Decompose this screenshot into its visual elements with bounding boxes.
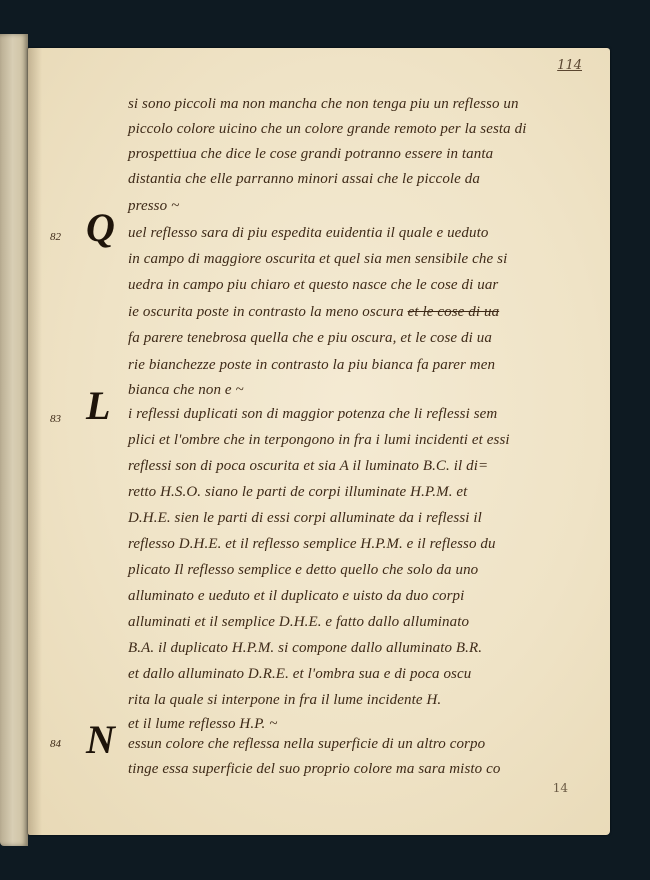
stamped-page-number: 14 [553, 781, 568, 795]
text-line: rita la quale si interpone in fra il lum… [128, 692, 441, 709]
decorated-initial: N [86, 720, 115, 760]
text-line: si sono piccoli ma non mancha che non te… [128, 96, 519, 113]
text-span: ie oscurita poste in contrasto la meno o… [128, 304, 404, 320]
paragraph-number: 84 [50, 738, 61, 750]
text-line: prospettiua che dice le cose grandi potr… [128, 146, 493, 163]
text-line: D.H.E. sien le parti di essi corpi allum… [128, 510, 482, 527]
text-line: distantia che elle parranno minori assai… [128, 171, 480, 188]
text-line: i reflessi duplicati son di maggior pote… [128, 406, 497, 423]
text-line: plici et l'ombre che in terpongono in fr… [128, 432, 510, 449]
text-line: ie oscurita poste in contrasto la meno o… [128, 304, 499, 321]
decorated-initial: Q [86, 208, 115, 248]
text-line: retto H.S.O. siano le parti de corpi ill… [128, 484, 467, 501]
text-line: in campo di maggiore oscurita et quel si… [128, 251, 507, 268]
text-line: et dallo alluminato D.R.E. et l'ombra su… [128, 666, 471, 683]
manuscript-page: 114 si sono piccoli ma non mancha che no… [28, 48, 610, 835]
text-line: alluminato e ueduto et il duplicato e ui… [128, 588, 464, 605]
text-line: B.A. il duplicato H.P.M. si compone dall… [128, 640, 482, 657]
text-line: rie bianchezze poste in contrasto la piu… [128, 357, 495, 374]
text-line: bianca che non e ~ [128, 382, 244, 399]
text-line: presso ~ [128, 198, 179, 215]
text-line: reflessi son di poca oscurita et sia A i… [128, 458, 488, 475]
text-line: et il lume reflesso H.P. ~ [128, 716, 277, 733]
text-line: plicato Il reflesso semplice e detto que… [128, 562, 478, 579]
text-line: fa parere tenebrosa quella che e piu osc… [128, 330, 492, 347]
text-line: tinge essa superficie del suo proprio co… [128, 761, 500, 778]
struck-text: et le cose di ua [408, 304, 500, 320]
text-line: essun colore che reflessa nella superfic… [128, 736, 485, 753]
text-line: uel reflesso sara di piu espedita euiden… [128, 225, 489, 242]
paragraph-number: 83 [50, 413, 61, 425]
text-line: reflesso D.H.E. et il reflesso semplice … [128, 536, 496, 553]
decorated-initial: L [86, 386, 110, 426]
facing-page-edge [0, 34, 28, 846]
folio-number: 114 [557, 58, 582, 73]
paragraph-number: 82 [50, 231, 61, 243]
text-line: alluminati et il semplice D.H.E. e fatto… [128, 614, 469, 631]
text-line: uedra in campo piu chiaro et questo nasc… [128, 277, 498, 294]
text-line: piccolo colore uicino che un colore gran… [128, 121, 527, 138]
